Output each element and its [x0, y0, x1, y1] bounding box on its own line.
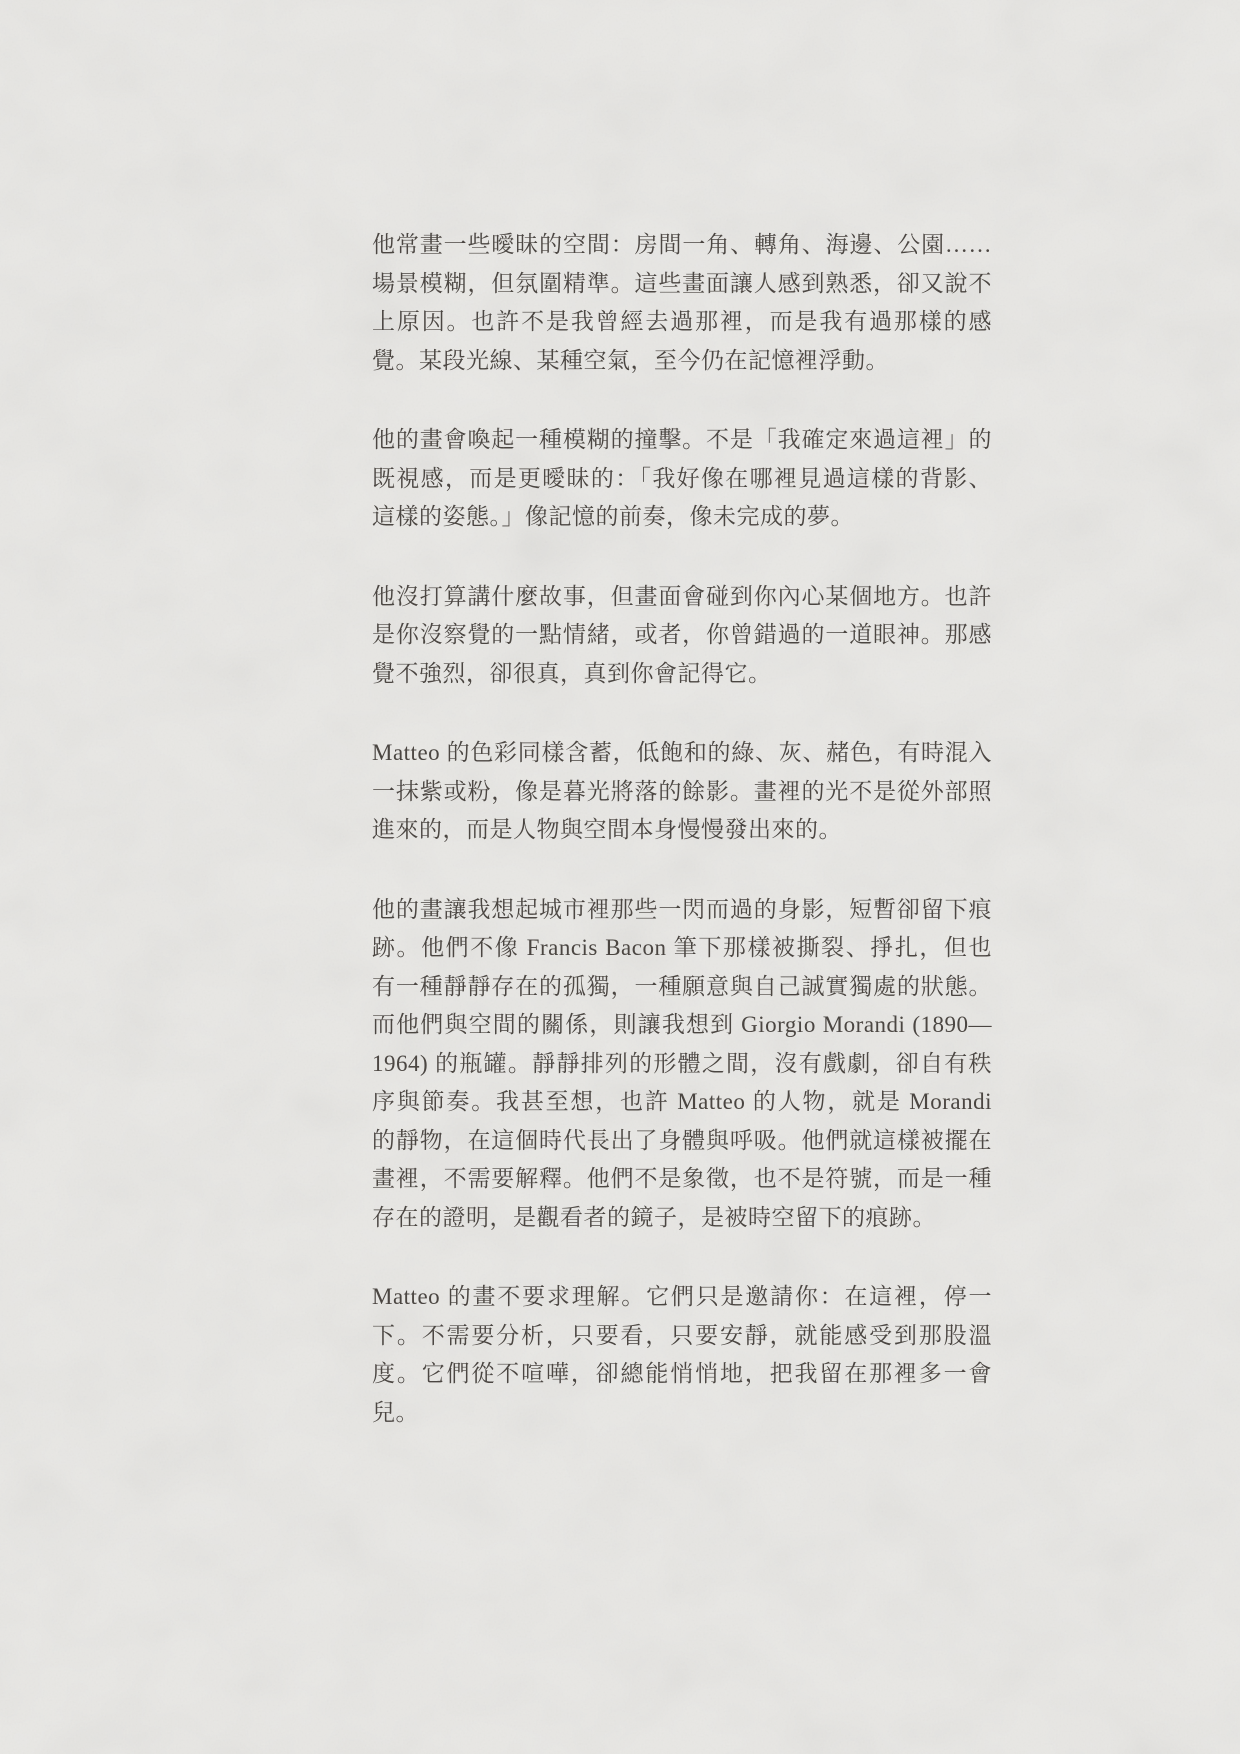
page: 他常畫一些曖昧的空間：房間一角、轉角、海邊、公園……場景模糊，但氛圍精準。這些畫…: [0, 0, 1240, 1754]
paragraph: 他沒打算講什麼故事，但畫面會碰到你內心某個地方。也許是你沒察覺的一點情緒，或者，…: [372, 578, 992, 694]
paragraph: Matteo 的色彩同樣含蓄，低飽和的綠、灰、赭色，有時混入一抹紫或粉，像是暮光…: [372, 734, 992, 850]
paragraph: 他的畫會喚起一種模糊的撞擊。不是「我確定來過這裡」的既視感，而是更曖昧的：「我好…: [372, 421, 992, 537]
essay-text-block: 他常畫一些曖昧的空間：房間一角、轉角、海邊、公園……場景模糊，但氛圍精準。這些畫…: [372, 226, 992, 1432]
paragraph: 他的畫讓我想起城市裡那些一閃而過的身影，短暫卻留下痕跡。他們不像 Francis…: [372, 891, 992, 1238]
paragraph: 他常畫一些曖昧的空間：房間一角、轉角、海邊、公園……場景模糊，但氛圍精準。這些畫…: [372, 226, 992, 380]
paragraph: Matteo 的畫不要求理解。它們只是邀請你：在這裡，停一下。不需要分析，只要看…: [372, 1278, 992, 1432]
